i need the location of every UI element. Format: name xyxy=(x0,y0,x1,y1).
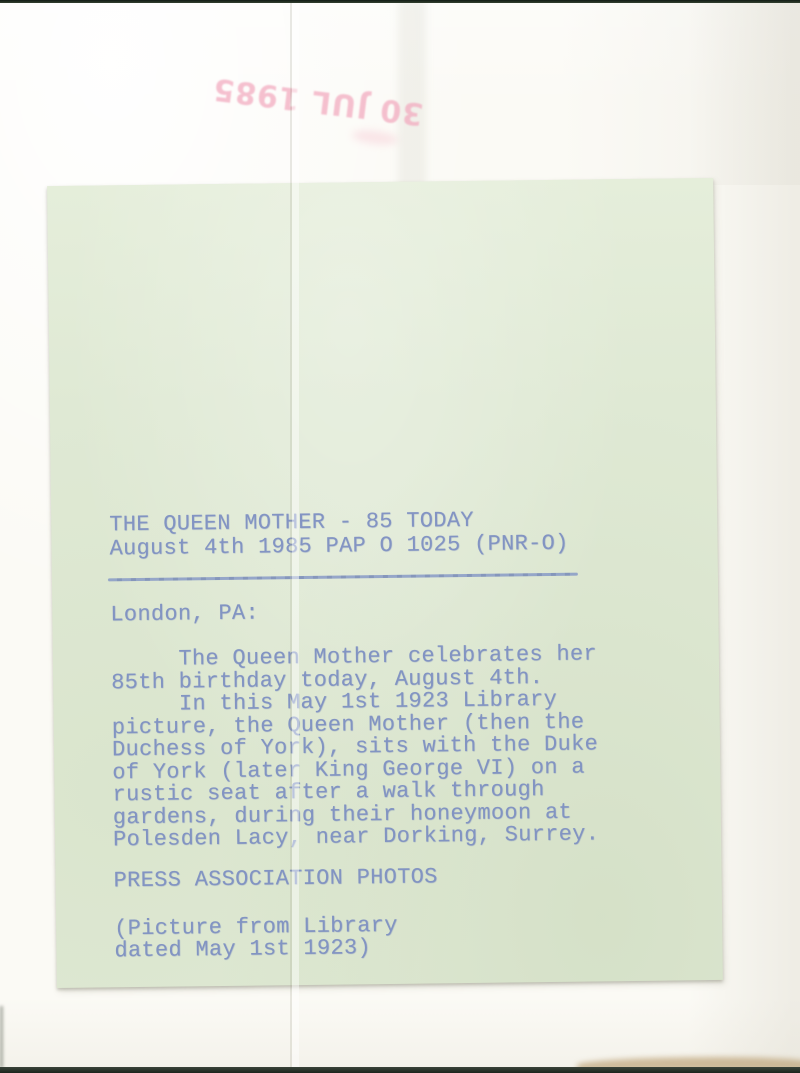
date-stamp: 30 JUL 1985 xyxy=(211,71,425,132)
library-note: (Picture from Library dated May 1st 1923… xyxy=(114,915,398,962)
bottom-left-edge-mark xyxy=(0,1006,3,1068)
caption-body: The Queen Mother celebrates her 85th bir… xyxy=(111,643,600,851)
agency-credit: PRESS ASSOCIATION PHOTOS xyxy=(113,865,437,893)
dateline: London, PA: xyxy=(110,602,259,628)
divider-line xyxy=(108,573,578,582)
press-photo-back-scan: 30 JUL 1985 THE QUEEN MOTHER - 85 TODAYA… xyxy=(0,0,800,1073)
caption-reference: August 4th 1985 PAP O 1025 (PNR-O) xyxy=(109,531,568,562)
scan-edge-bottom xyxy=(0,1067,800,1073)
scan-edge-top xyxy=(0,0,800,3)
date-stamp-ghost-mark xyxy=(351,128,398,147)
caption-card: THE QUEEN MOTHER - 85 TODAYAugust 4th 19… xyxy=(47,178,723,988)
caption-header: THE QUEEN MOTHER - 85 TODAYAugust 4th 19… xyxy=(109,508,569,562)
paper-shading xyxy=(560,0,800,185)
